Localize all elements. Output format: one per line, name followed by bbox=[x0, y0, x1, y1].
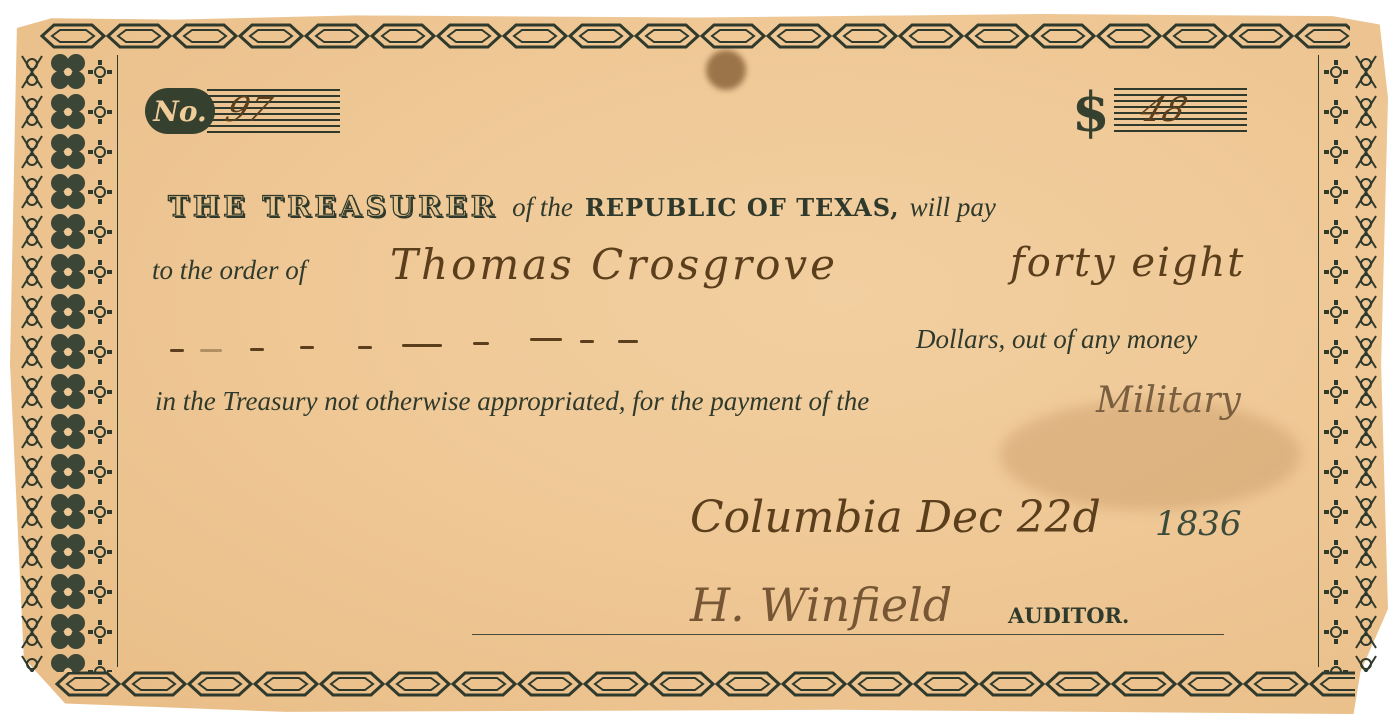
number-label: No. bbox=[145, 88, 215, 134]
year-handwritten: 1836 bbox=[1155, 504, 1242, 544]
fill-dash bbox=[473, 342, 489, 345]
auditor-label-row: AUDITOR. bbox=[1008, 603, 1129, 628]
fill-dash bbox=[358, 346, 372, 349]
line-treasurer: THE TREASURER of the REPUBLIC OF TEXAS, … bbox=[168, 190, 996, 223]
of-the-text: of the bbox=[512, 192, 573, 222]
fill-dash bbox=[618, 340, 638, 343]
fill-dash bbox=[530, 338, 562, 341]
inner-frame-right bbox=[1318, 55, 1319, 667]
payee-handwritten: Thomas Crosgrove bbox=[390, 240, 838, 289]
line-dollars: Dollars, out of any money bbox=[916, 324, 1197, 355]
auditor-label: AUDITOR. bbox=[1008, 603, 1129, 628]
bottom-chain-border bbox=[55, 668, 1355, 700]
auditor-signature: H. Winfield bbox=[690, 578, 952, 632]
to-the-order-of-text: to the order of bbox=[152, 255, 306, 285]
line-treasury: in the Treasury not otherwise appropriat… bbox=[155, 386, 869, 417]
republic-of-texas-text: REPUBLIC OF TEXAS, bbox=[585, 193, 900, 222]
fill-dash bbox=[170, 349, 184, 352]
left-floral-border bbox=[18, 52, 114, 672]
right-geometric-border bbox=[1322, 52, 1382, 672]
dollars-text: Dollars, out of any money bbox=[916, 324, 1197, 354]
fill-dash bbox=[200, 349, 222, 352]
ink-stain-top bbox=[706, 50, 746, 90]
date-handwritten: Columbia Dec 22d bbox=[690, 492, 1101, 543]
amount-words-handwritten: forty eight bbox=[1010, 240, 1245, 286]
signature-line bbox=[472, 634, 1224, 635]
treasurer-heading: THE TREASURER bbox=[168, 190, 498, 223]
top-chain-border bbox=[40, 20, 1350, 52]
amount-box: $ 48 bbox=[1072, 86, 1247, 142]
fill-dash bbox=[250, 348, 264, 351]
will-pay-text: will pay bbox=[910, 192, 996, 222]
purpose-handwritten: Military bbox=[1096, 380, 1241, 421]
inner-frame-left bbox=[117, 55, 118, 667]
warrant-number-box: No. 97 bbox=[145, 88, 340, 134]
dollar-sign: $ bbox=[1072, 80, 1110, 144]
line-payee: to the order of bbox=[152, 255, 306, 286]
fill-dash bbox=[580, 340, 594, 343]
treasury-text: in the Treasury not otherwise appropriat… bbox=[155, 386, 869, 416]
fill-dash bbox=[402, 344, 442, 347]
fill-dash bbox=[300, 346, 314, 349]
